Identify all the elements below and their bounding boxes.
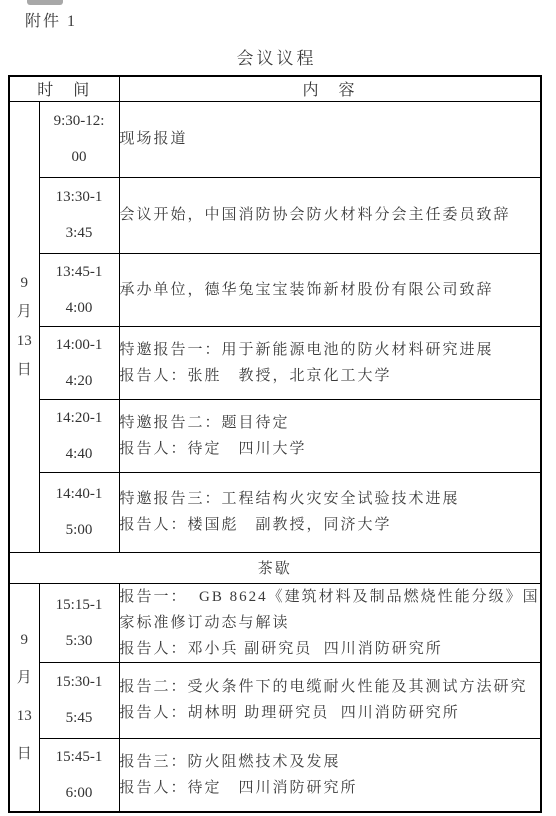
time-cell: 15:45-1 6:00 <box>39 738 119 812</box>
table-row: 9 月 13 日 15:15-1 5:30 报告一： GB 8624《建筑材料及… <box>9 583 541 662</box>
time-cell: 15:30-1 5:45 <box>39 662 119 738</box>
time-cell: 13:30-1 3:45 <box>39 177 119 253</box>
content-cell: 报告一： GB 8624《建筑材料及制品燃烧性能分级》国 家标准修订动态与解读 … <box>119 583 541 662</box>
table-row: 14:00-1 4:20 特邀报告一：用于新能源电池的防火材料研究进展 报告人：… <box>9 326 541 399</box>
time-cell: 9:30-12: 00 <box>39 101 119 177</box>
content-cell: 承办单位，德华兔宝宝装饰新材股份有限公司致辞 <box>119 253 541 326</box>
agenda-table: 时 间 内 容 9 月 13 日 9:30-12: 00 现场报道 13:30-… <box>8 75 542 813</box>
table-row: 15:30-1 5:45 报告二：受火条件下的电缆耐火性能及其测试方法研究 报告… <box>9 662 541 738</box>
time-cell: 14:00-1 4:20 <box>39 326 119 399</box>
time-column-header: 时 间 <box>9 76 119 101</box>
table-row: 13:30-1 3:45 会议开始，中国消防协会防火材料分会主任委员致辞 <box>9 177 541 253</box>
content-cell: 特邀报告三：工程结构火灾安全试验技术进展 报告人：楼国彪 副教授，同济大学 <box>119 472 541 552</box>
document-page: 附件 1 会议议程 时 间 内 容 9 月 13 日 9:30-12: 00 现… <box>0 0 556 816</box>
content-cell: 报告二：受火条件下的电缆耐火性能及其测试方法研究 报告人：胡林明 助理研究员 四… <box>119 662 541 738</box>
scan-artifact <box>27 0 63 5</box>
page-title: 会议议程 <box>8 44 545 69</box>
tea-break-row: 茶歇 <box>9 552 541 583</box>
content-cell: 会议开始，中国消防协会防火材料分会主任委员致辞 <box>119 177 541 253</box>
content-cell: 报告三：防火阻燃技术及发展 报告人：待定 四川消防研究所 <box>119 738 541 812</box>
table-header-row: 时 间 内 容 <box>9 76 541 101</box>
table-row: 14:40-1 5:00 特邀报告三：工程结构火灾安全试验技术进展 报告人：楼国… <box>9 472 541 552</box>
table-row: 14:20-1 4:40 特邀报告二：题目待定 报告人：待定 四川大学 <box>9 399 541 472</box>
time-cell: 14:20-1 4:40 <box>39 399 119 472</box>
content-cell: 现场报道 <box>119 101 541 177</box>
tea-break-cell: 茶歇 <box>9 552 541 583</box>
table-row: 15:45-1 6:00 报告三：防火阻燃技术及发展 报告人：待定 四川消防研究… <box>9 738 541 812</box>
time-cell: 13:45-1 4:00 <box>39 253 119 326</box>
table-row: 13:45-1 4:00 承办单位，德华兔宝宝装饰新材股份有限公司致辞 <box>9 253 541 326</box>
time-cell: 15:15-1 5:30 <box>39 583 119 662</box>
date-cell-section1: 9 月 13 日 <box>9 101 39 552</box>
table-row: 9 月 13 日 9:30-12: 00 现场报道 <box>9 101 541 177</box>
content-cell: 特邀报告一：用于新能源电池的防火材料研究进展 报告人：张胜 教授，北京化工大学 <box>119 326 541 399</box>
time-cell: 14:40-1 5:00 <box>39 472 119 552</box>
attachment-label: 附件 1 <box>25 8 77 31</box>
content-column-header: 内 容 <box>119 76 541 101</box>
date-cell-section2: 9 月 13 日 <box>9 583 39 812</box>
content-cell: 特邀报告二：题目待定 报告人：待定 四川大学 <box>119 399 541 472</box>
